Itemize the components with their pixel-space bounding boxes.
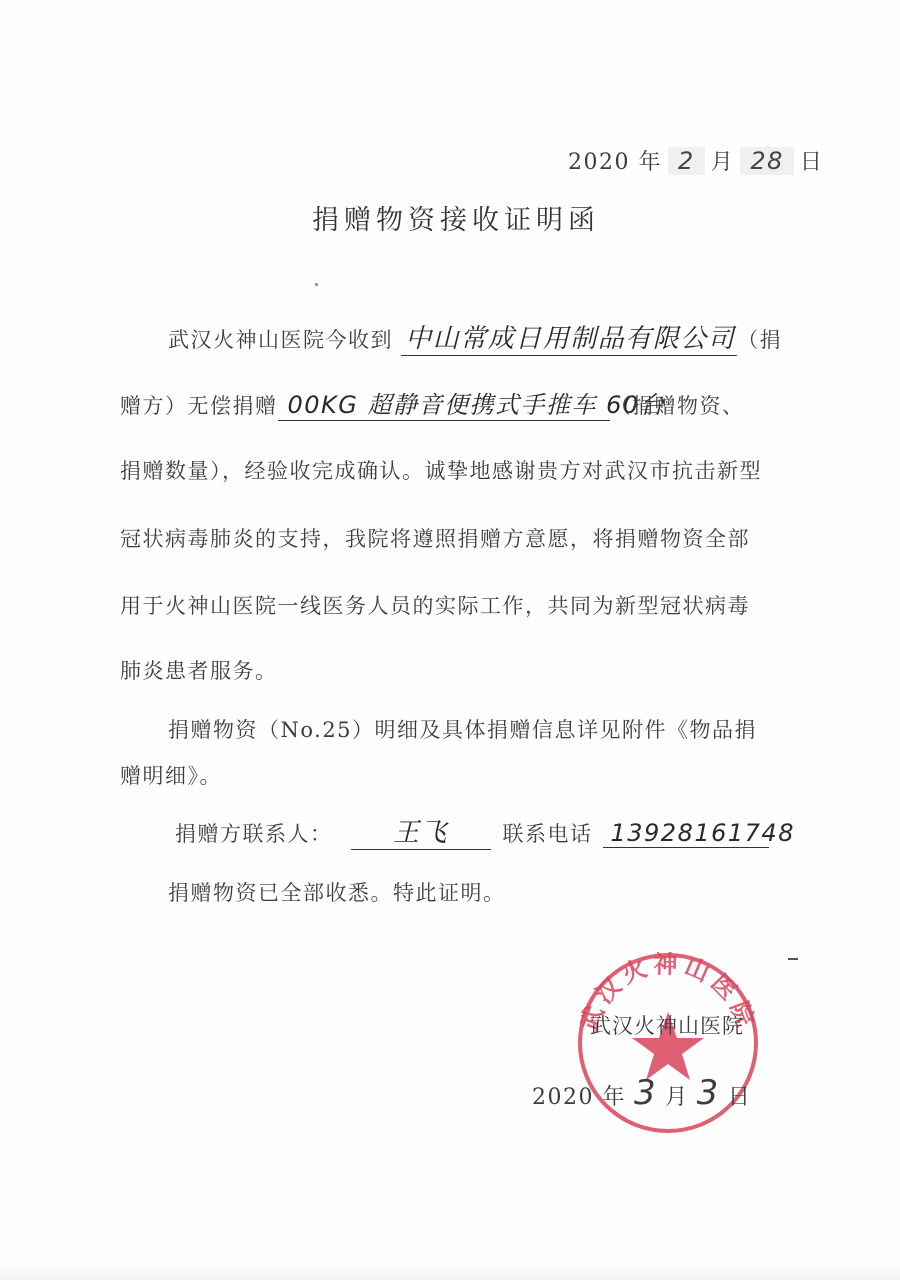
paragraph1-line1: 武汉火神山医院今收到 中山常成日用制品有限公司（捐 [168, 318, 782, 356]
scan-speck [315, 283, 318, 286]
phone-label: 联系电话 [503, 822, 593, 846]
date-year: 2020 [568, 150, 630, 175]
date-day-handwritten: 28 [740, 147, 794, 175]
paragraph1-line3: 捐赠数量），经验收完成确认。诚挚地感谢贵方对武汉市抗击新型 [120, 455, 762, 485]
contact-label: 捐赠方联系人： [175, 822, 333, 846]
date-year-unit: 年 [639, 150, 663, 175]
paragraph1-line4: 冠状病毒肺炎的支持，我院将遵照捐赠方意愿，将捐赠物资全部 [120, 523, 750, 553]
donor-suffix: （捐 [737, 328, 782, 352]
signing-date: 2020 年3月3日 [532, 1073, 751, 1113]
sign-month-handwritten: 3 [634, 1073, 657, 1113]
paragraph1-line5: 用于火神山医院一线医务人员的实际工作，共同为新型冠状病毒 [120, 590, 750, 620]
received-prefix: 武汉火神山医院今收到 [168, 328, 393, 352]
document-date: 2020 年2月28日 [568, 145, 823, 176]
contact-name-field: 王飞 [351, 812, 491, 850]
date-month-handwritten: 2 [668, 147, 705, 175]
sign-day-handwritten: 3 [697, 1073, 720, 1113]
donated-items-field: 00KG 超静音便携式手推车 60台 [278, 385, 610, 421]
paragraph1-line2: 赠方）无偿捐赠00KG 超静音便携式手推车 60台（捐赠物资、 [120, 385, 745, 421]
signing-organization: 武汉火神山医院 [590, 1010, 744, 1040]
donation-prefix: 赠方）无偿捐赠 [120, 394, 278, 418]
document-title: 捐赠物资接收证明函 [312, 198, 600, 237]
sign-day-unit: 日 [728, 1085, 752, 1110]
paragraph1-line6: 肺炎患者服务。 [120, 655, 278, 685]
scan-edge-shadow [0, 1262, 900, 1280]
phone-field: 13928161748 [603, 819, 769, 848]
donor-name-field: 中山常成日用制品有限公司 [401, 318, 737, 356]
date-day-unit: 日 [800, 150, 824, 175]
sign-year-unit: 年 [603, 1085, 627, 1110]
sign-year: 2020 [532, 1085, 594, 1110]
scan-mark [788, 958, 798, 960]
date-month-unit: 月 [711, 150, 735, 175]
paragraph2-line1: 捐赠物资（No.25）明细及具体捐赠信息详见附件《物品捐 [168, 714, 757, 744]
closing-statement: 捐赠物资已全部收悉。特此证明。 [168, 877, 506, 907]
sign-month-unit: 月 [665, 1085, 689, 1110]
contact-line: 捐赠方联系人：王飞联系电话13928161748 [175, 812, 769, 850]
donation-suffix: （捐赠物资、 [610, 394, 745, 418]
paragraph2-line2: 赠明细》。 [120, 760, 222, 790]
